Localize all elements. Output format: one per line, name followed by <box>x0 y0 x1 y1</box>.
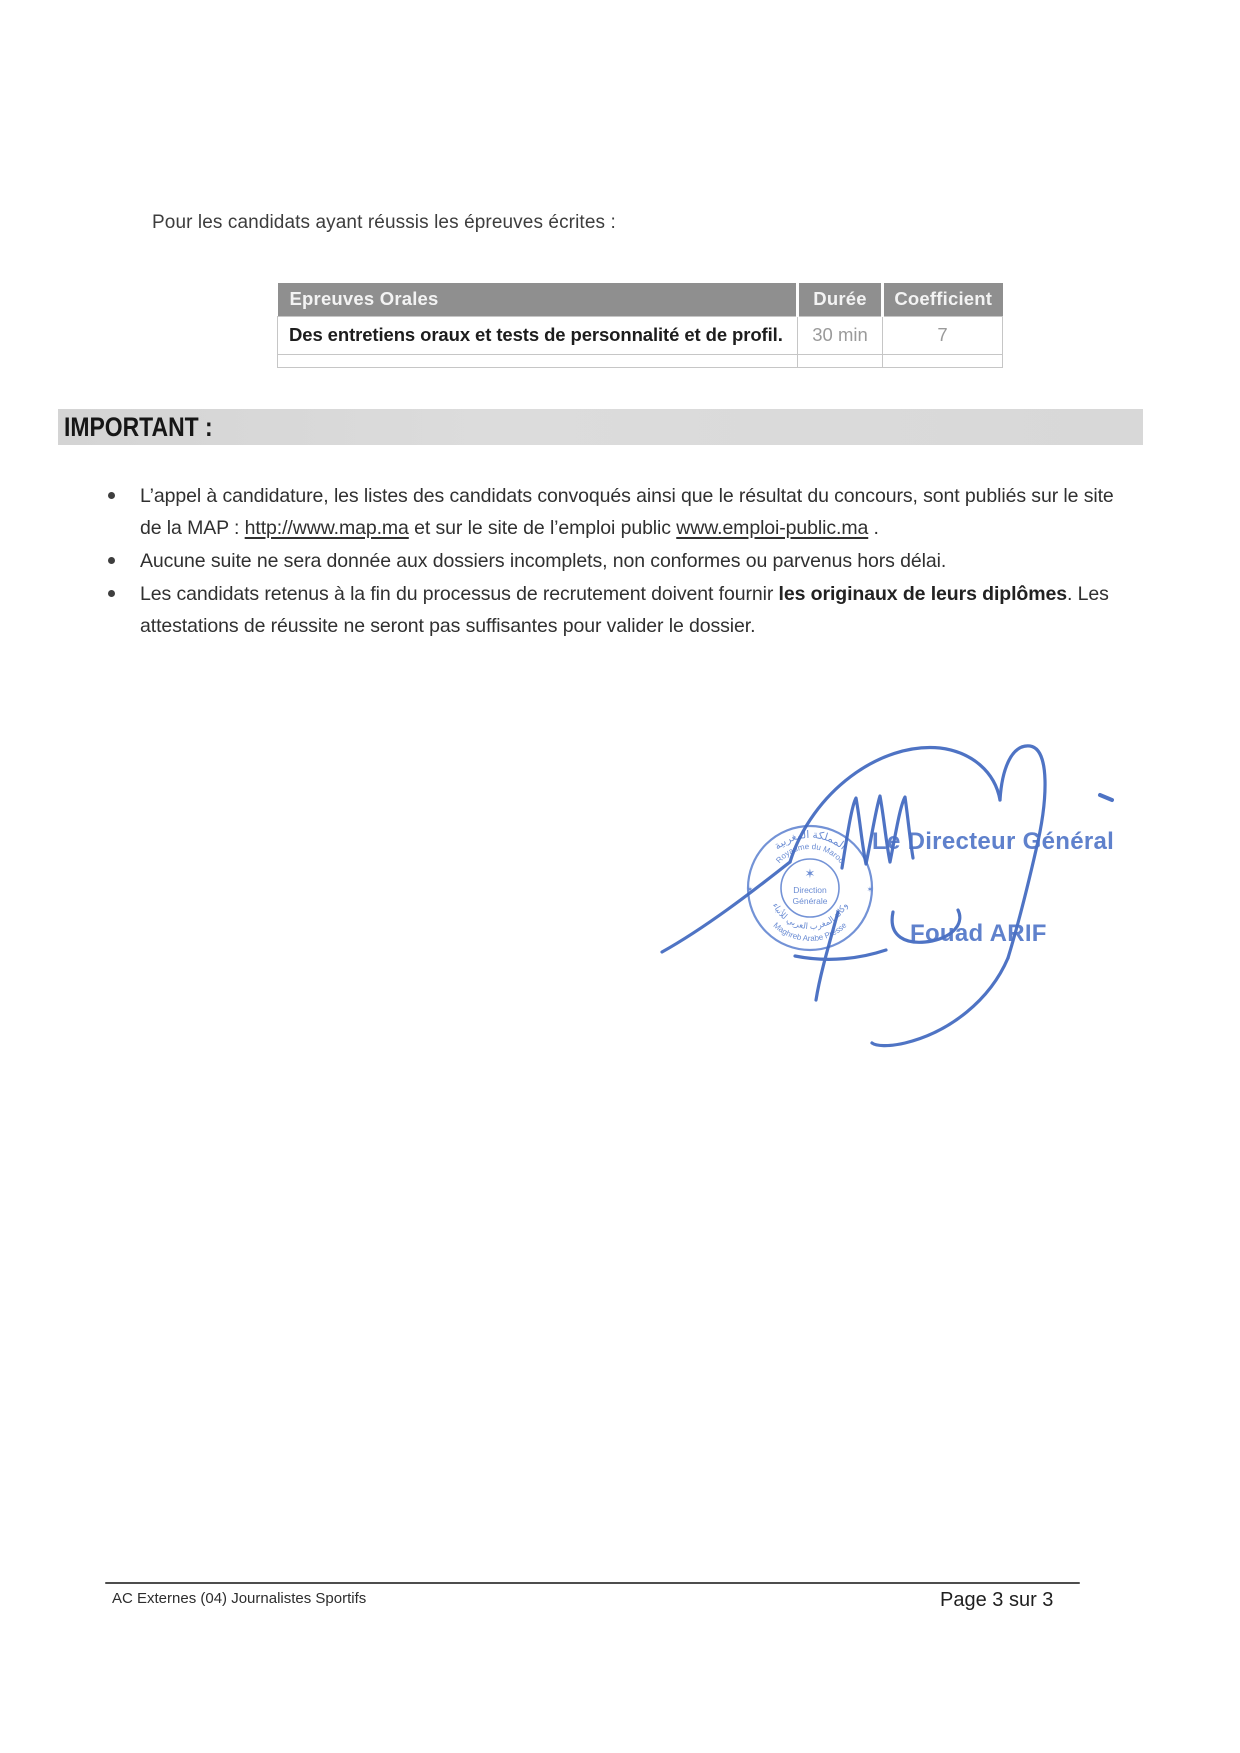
footer-page-number: Page 3 sur 3 <box>940 1589 1053 1612</box>
bullet2-text: Aucune suite ne sera donnée aux dossiers… <box>140 545 1140 577</box>
star-icon: ✶ <box>867 885 874 894</box>
bullet3-segment: Les candidats retenus à la fin du proces… <box>140 583 779 605</box>
document-page: Pour les candidats ayant réussis les épr… <box>0 0 1240 1753</box>
list-item: Les candidats retenus à la fin du proces… <box>103 578 1148 642</box>
bullet-marker <box>108 557 115 564</box>
important-heading: IMPORTANT : <box>58 412 213 443</box>
list-item: L’appel à candidature, les listes des ca… <box>103 480 1148 544</box>
bullet2-segment: Aucune suite ne sera donnée aux dossiers… <box>140 550 946 572</box>
cell-duration: 30 min <box>798 316 883 354</box>
important-band: IMPORTANT : <box>58 409 1143 445</box>
list-item: Aucune suite ne sera donnée aux dossiers… <box>103 545 1148 577</box>
bullet1-text: L’appel à candidature, les listes des ca… <box>140 480 1140 544</box>
column-header-duree: Durée <box>798 283 883 316</box>
signer-name-text: Fouad ARIF <box>910 920 1047 948</box>
bullet3-text: Les candidats retenus à la fin du proces… <box>140 578 1140 642</box>
bullet3-bold-segment: les originaux de leurs diplômes <box>779 583 1067 605</box>
director-title-text: Le Directeur Général <box>872 828 1114 856</box>
footer-divider <box>105 1582 1080 1584</box>
stamp-center-line2: Générale <box>793 896 828 906</box>
table-header-row: Epreuves Orales Durée Coefficient <box>278 283 1003 316</box>
cell-coefficient: 7 <box>883 316 1003 354</box>
oral-exams-table: Epreuves Orales Durée Coefficient Des en… <box>277 283 1003 368</box>
important-bullet-list: L’appel à candidature, les listes des ca… <box>103 480 1148 643</box>
column-header-epreuves: Epreuves Orales <box>278 283 798 316</box>
cell-exam-description: Des entretiens oraux et tests de personn… <box>278 316 798 354</box>
table-spacer-row <box>278 354 1003 367</box>
map-url-link[interactable]: http://www.map.ma <box>245 517 409 539</box>
signature-graphic: المملكة المغربية Royaume du Maroc Maghre… <box>600 715 1190 1090</box>
handwritten-signature <box>662 746 1112 1046</box>
bullet1-segment: . <box>868 517 879 539</box>
emploi-public-url-link[interactable]: www.emploi-public.ma <box>676 517 868 539</box>
star-icon: ✶ <box>805 866 816 881</box>
bullet-marker <box>108 590 115 597</box>
intro-text: Pour les candidats ayant réussis les épr… <box>152 212 616 234</box>
bullet-marker <box>108 492 115 499</box>
bullet1-segment: et sur le site de l’emploi public <box>409 517 676 539</box>
stamp-center-line1: Direction <box>793 885 827 895</box>
footer-doc-ref: AC Externes (04) Journalistes Sportifs <box>112 1590 366 1607</box>
table-row: Des entretiens oraux et tests de personn… <box>278 316 1003 354</box>
column-header-coefficient: Coefficient <box>883 283 1003 316</box>
